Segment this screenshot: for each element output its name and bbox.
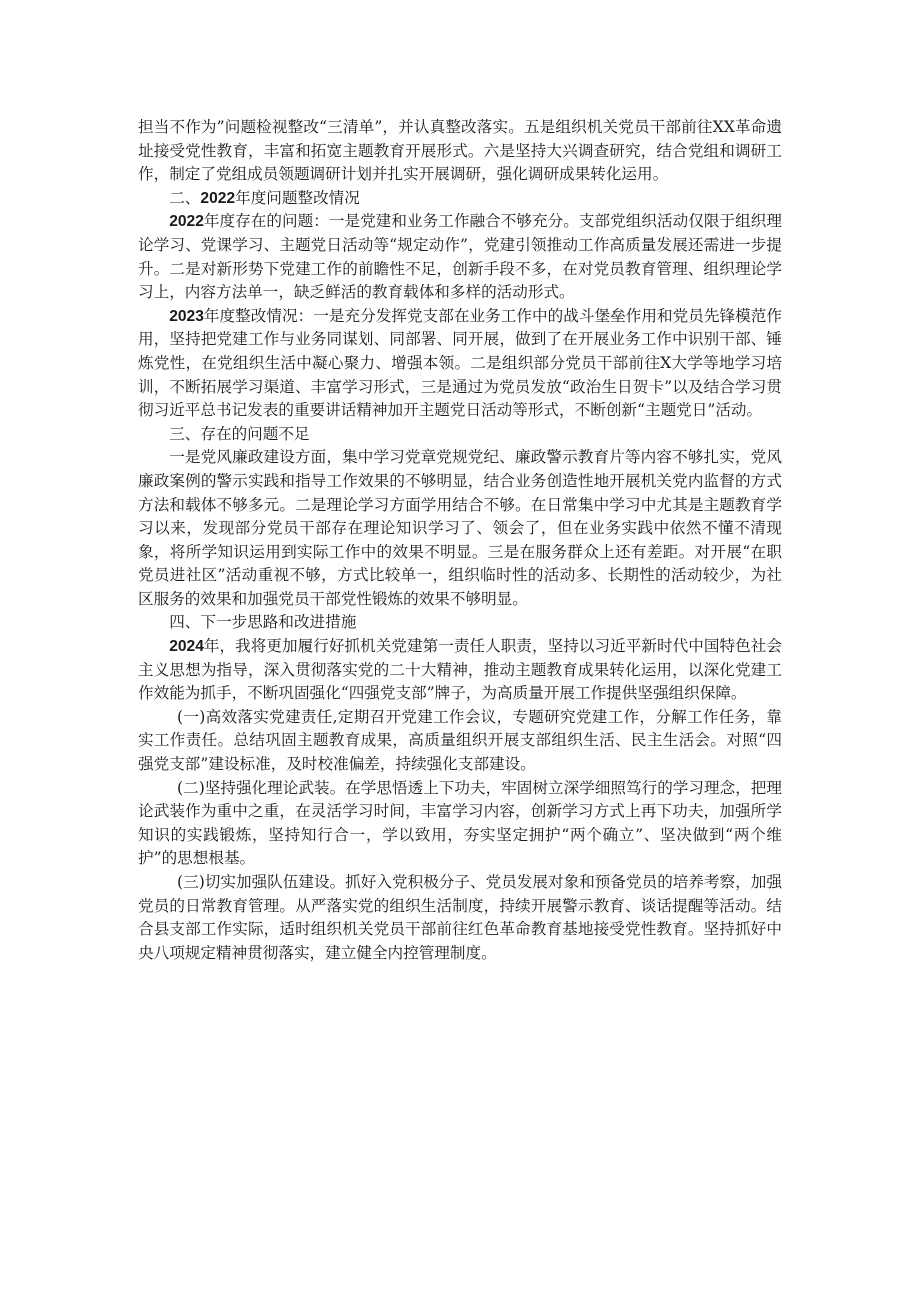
- section-heading-next-steps: 四、下一步思路和改进措施: [138, 611, 782, 635]
- paragraph-shortcomings: 一是党风廉政建设方面，集中学习党章党规党纪、廉政警示教育片等内容不够扎实，党风廉…: [138, 446, 782, 611]
- paragraph-2022-problems: 2022年度存在的问题：一是党建和业务工作融合不够充分。支部党组织活动仅限于组织…: [138, 210, 782, 304]
- paragraph-text: 年，我将更加履行好抓机关党建第一责任人职责，坚持以习近平新时代中国特色社会主义思…: [138, 637, 782, 702]
- paragraph-measure-1: (一)高效落实党建责任,定期召开党建工作会议，专题研究党建工作，分解工作任务，靠…: [138, 706, 782, 777]
- heading-rest: 年度问题整改情况: [235, 189, 360, 207]
- paragraph-year: 2024: [169, 638, 204, 655]
- paragraph-measure-3: (三)切实加强队伍建设。抓好入党积极分子、党员发展对象和预备党员的培养考察，加强…: [138, 871, 782, 965]
- paragraph-2023-rectification: 2023年度整改情况：一是充分发挥党支部在业务工作中的战斗堡垒作用和党员先锋模范…: [138, 305, 782, 423]
- paragraph-text: 年度整改情况：一是充分发挥党支部在业务工作中的战斗堡垒作用和党员先锋模范作用，坚…: [138, 307, 782, 419]
- continuation-paragraph: 担当不作为”问题检视整改“三清单”，并认真整改落实。五是组织机关党员干部前往XX…: [138, 116, 782, 187]
- paragraph-year: 2022: [169, 213, 204, 230]
- section-heading-shortcomings: 三、存在的问题不足: [138, 423, 782, 447]
- heading-prefix: 二、: [169, 189, 200, 207]
- paragraph-2024-plan: 2024年，我将更加履行好抓机关党建第一责任人职责，坚持以习近平新时代中国特色社…: [138, 635, 782, 706]
- heading-year: 2022: [200, 190, 235, 207]
- paragraph-year: 2023: [169, 308, 204, 325]
- document-page: 担当不作为”问题检视整改“三清单”，并认真整改落实。五是组织机关党员干部前往XX…: [138, 116, 782, 965]
- section-heading-2022-rectification: 二、2022年度问题整改情况: [138, 187, 782, 211]
- paragraph-measure-2: (二)坚持强化理论武装。在学思悟透上下功夫，牢固树立深学细照笃行的学习理念，把理…: [138, 777, 782, 871]
- paragraph-text: 年度存在的问题：一是党建和业务工作融合不够充分。支部党组织活动仅限于组织理论学习…: [138, 212, 782, 301]
